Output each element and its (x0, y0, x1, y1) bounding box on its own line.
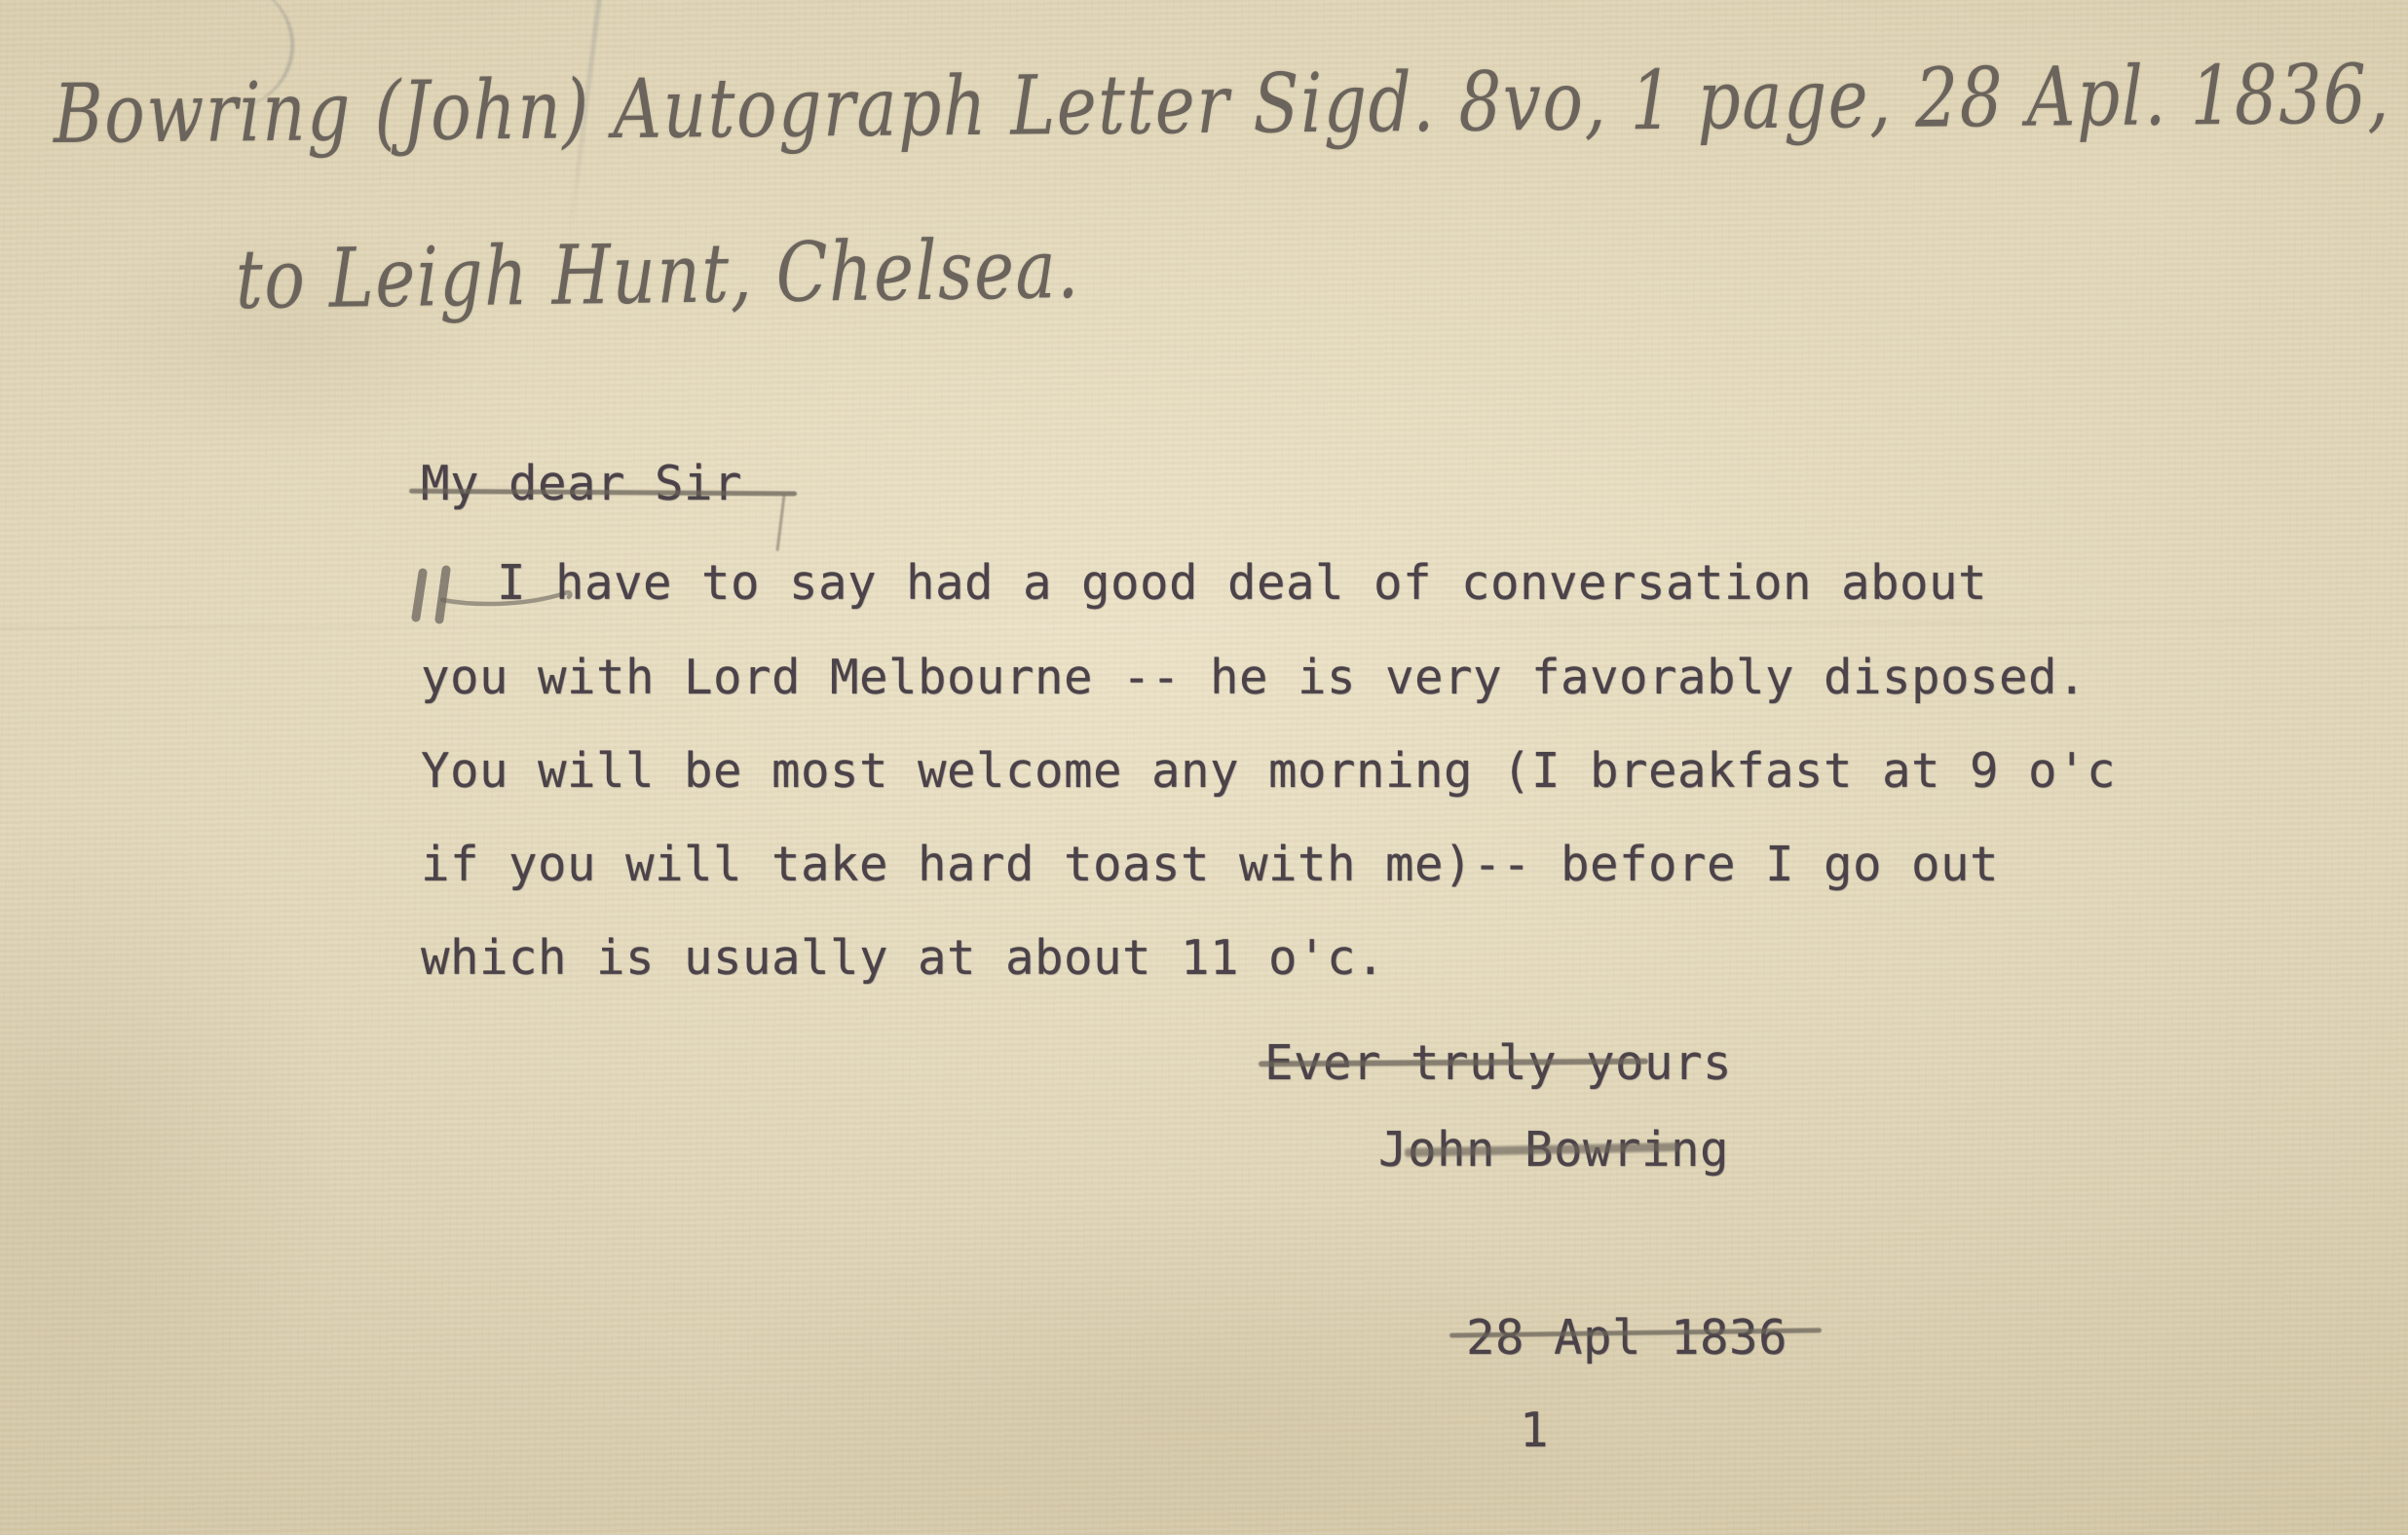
body-line: you with Lord Melbourne -- he is very fa… (421, 650, 2087, 705)
body-line: You will be most welcome any morning (I … (421, 743, 2116, 799)
signature: John Bowring (1378, 1122, 1729, 1178)
paper-crease-middle (0, 620, 2408, 629)
date-line: 28 Apl 1836 (1466, 1310, 1787, 1366)
body-line: if you will take hard toast with me)-- b… (421, 837, 1999, 892)
page-number: 1 (1520, 1403, 1549, 1458)
scanned-letter-page: Bowring (John) Autograph Letter Sigd. 8v… (0, 0, 2408, 1535)
body-line: which is usually at about 11 o'c. (421, 930, 1385, 986)
pencil-strike-salutation-hook (775, 495, 785, 551)
handwritten-catalog-line-2: to Leigh Hunt, Chelsea. (236, 221, 1081, 327)
body-line: I have to say had a good deal of convers… (497, 555, 1987, 611)
salutation: My dear Sir (421, 456, 742, 511)
closing-valediction: Ever truly yours (1264, 1035, 1732, 1091)
handwritten-catalog-line-1: Bowring (John) Autograph Letter Sigd. 8v… (54, 47, 2390, 162)
